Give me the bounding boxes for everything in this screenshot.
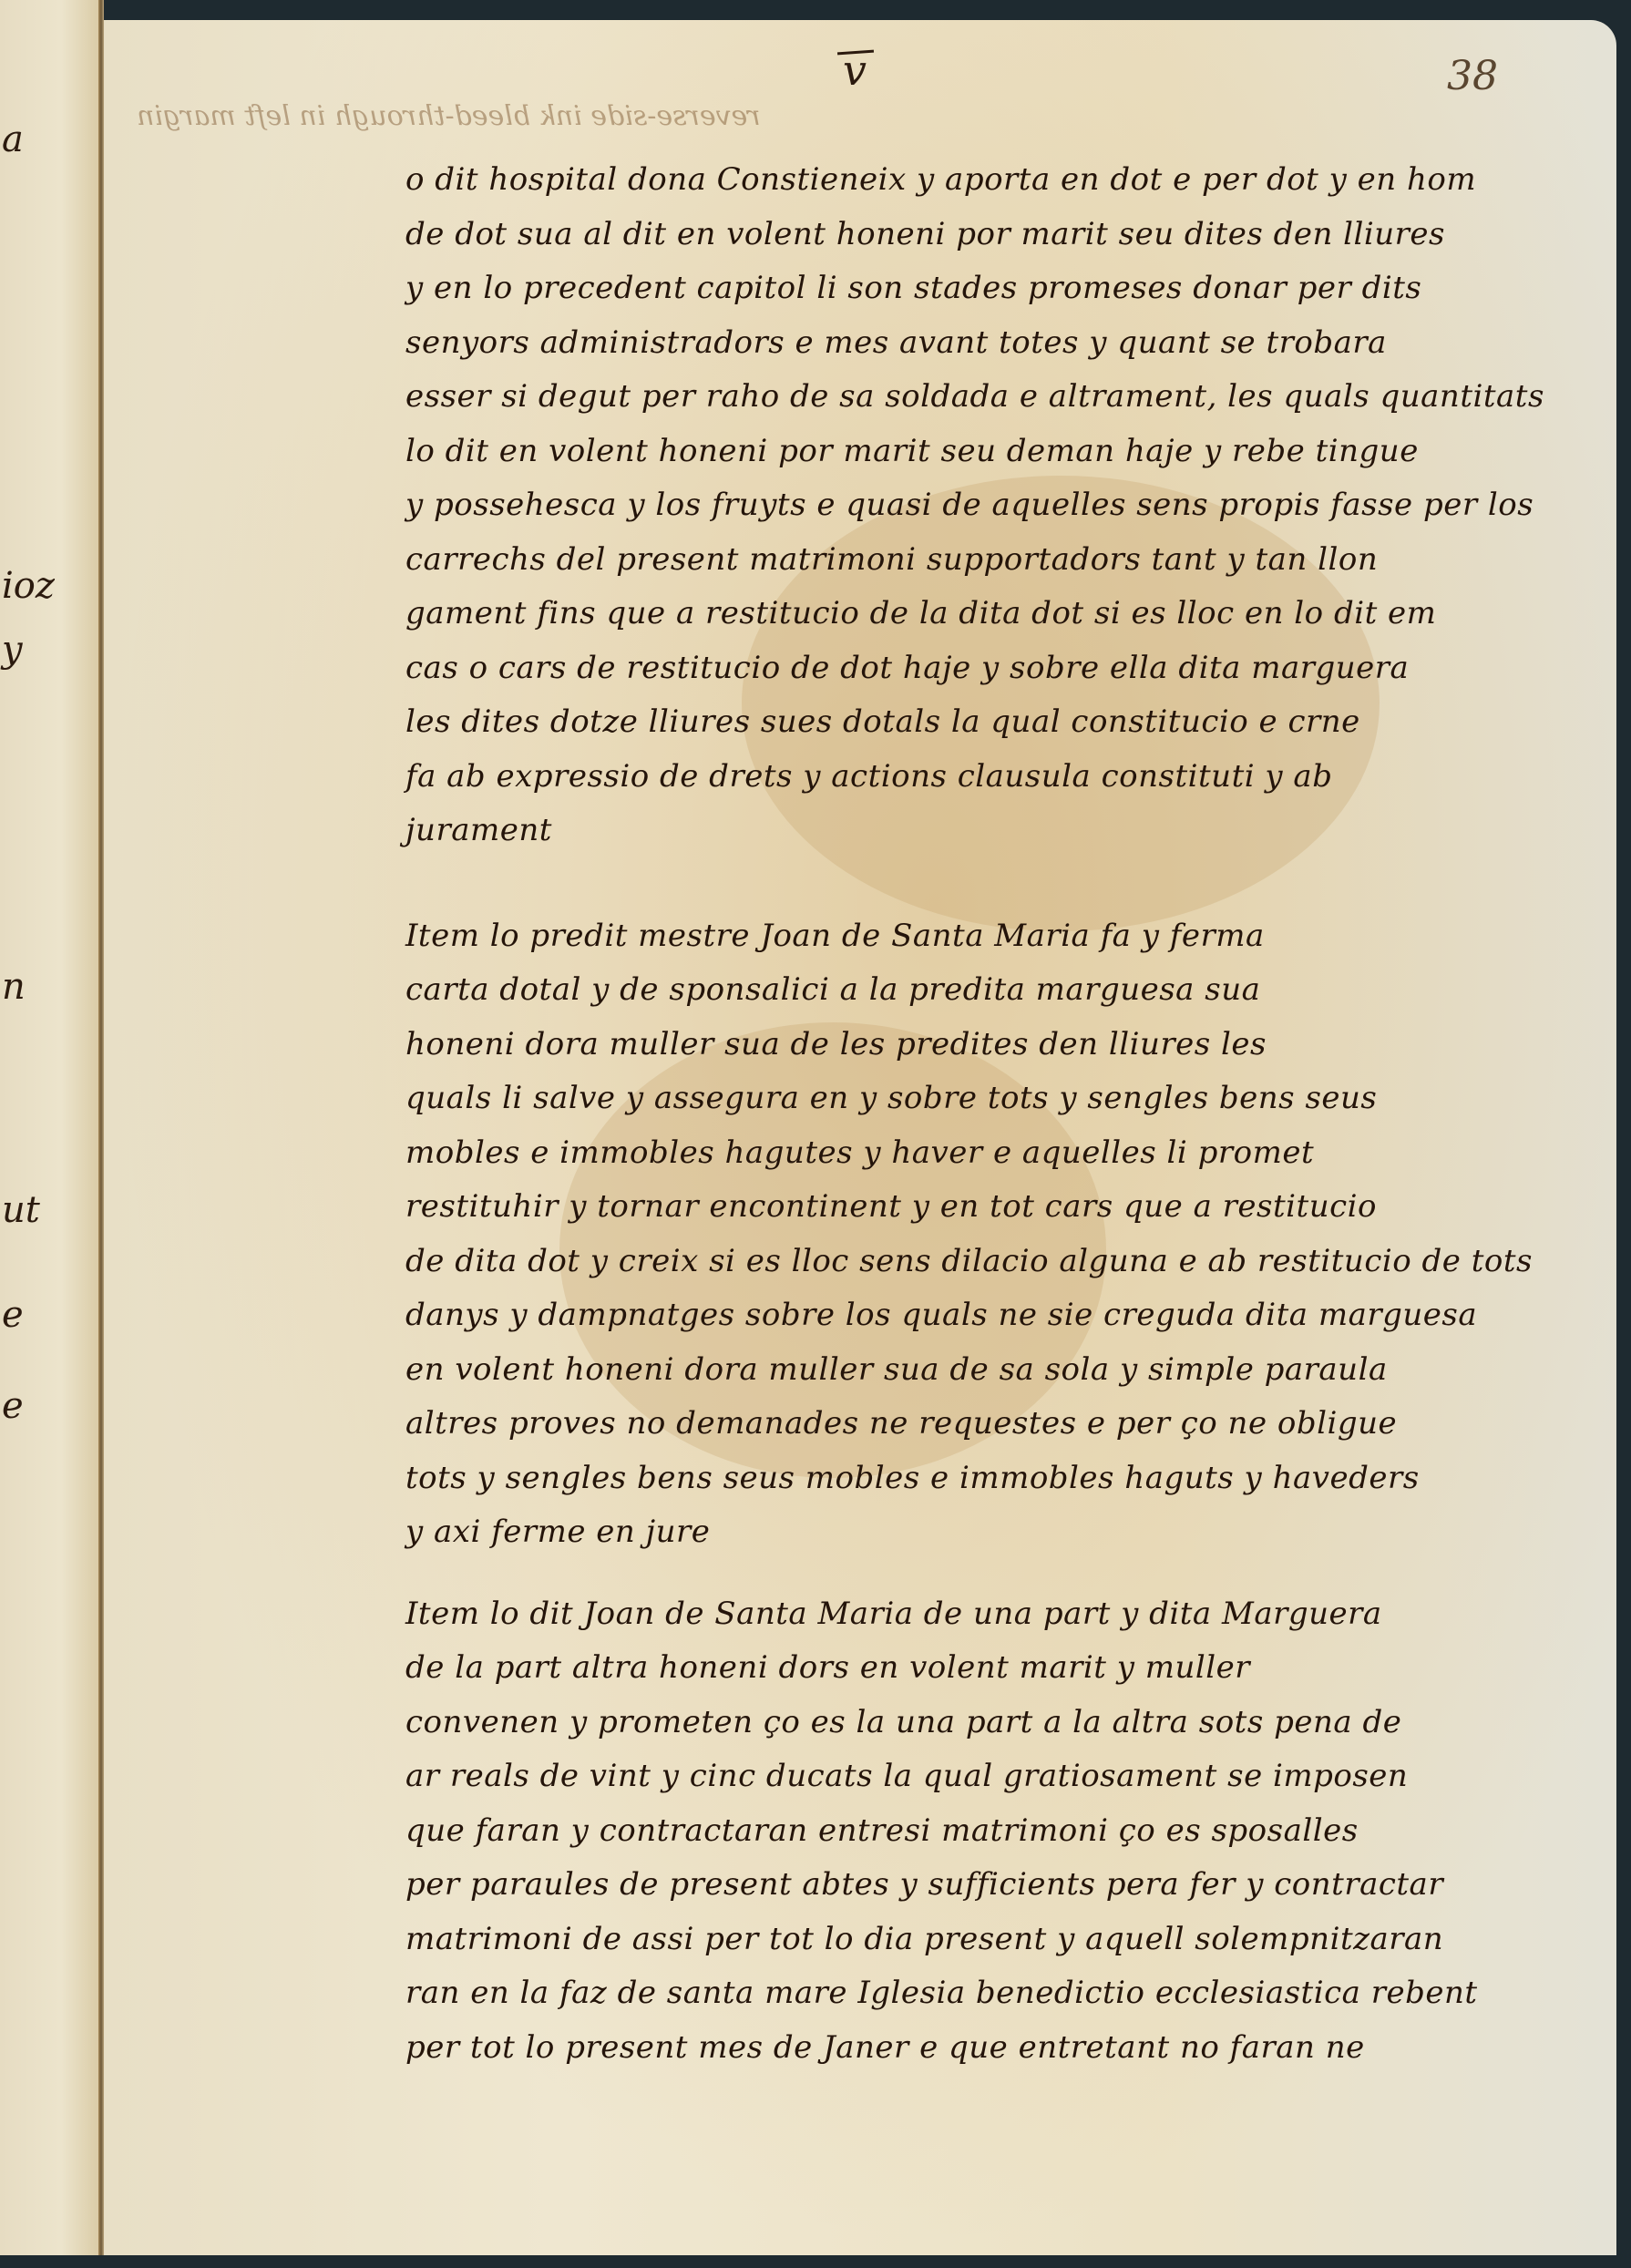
folio-number: 38 (1447, 53, 1498, 99)
bleed-through-text: reverse-side ink bleed-through in left m… (137, 100, 761, 132)
text-line: quals li salve y assegura en y sobre tot… (405, 1072, 1490, 1126)
facing-fragment: n (2, 966, 26, 1008)
folio-mark: v (843, 46, 867, 95)
paragraph-gap (405, 858, 1490, 909)
paragraph-3: Item lo dit Joan de Santa Maria de una p… (405, 1587, 1490, 2076)
facing-page-text-fragments: a ioz y n ut e e (0, 0, 98, 2255)
facing-fragment: e (2, 1294, 24, 1336)
paragraph-1: o dit hospital dona Constieneix y aporta… (405, 153, 1490, 858)
text-line: gament fins que a restitucio de la dita … (405, 587, 1490, 641)
text-line: y axi ferme en jure (405, 1505, 1490, 1560)
text-line: de la part altra honeni dors en volent m… (405, 1641, 1490, 1696)
text-line: danys y dampnatges sobre los quals ne si… (405, 1288, 1490, 1343)
text-line: ran en la faz de santa mare Iglesia bene… (405, 1966, 1490, 2021)
facing-fragment: e (2, 1385, 24, 1427)
text-line: honeni dora muller sua de les predites d… (405, 1018, 1490, 1072)
text-line: lo dit en volent honeni por marit seu de… (405, 425, 1490, 479)
facing-fragment: a (2, 118, 24, 160)
text-line: les dites dotze lliures sues dotals la q… (405, 695, 1490, 750)
text-line: altres proves no demanades ne requestes … (405, 1397, 1490, 1452)
text-line: de dita dot y creix si es lloc sens dila… (405, 1235, 1490, 1289)
text-line: que faran y contractaran entresi matrimo… (405, 1804, 1490, 1859)
text-line: carrechs del present matrimoni supportad… (405, 533, 1490, 588)
text-line: y possehesca y los fruyts e quasi de aqu… (405, 478, 1490, 533)
text-line: de dot sua al dit en volent honeni por m… (405, 208, 1490, 262)
text-line: mobles e immobles hagutes y haver e aque… (405, 1126, 1490, 1181)
paragraph-2: Item lo predit mestre Joan de Santa Mari… (405, 909, 1490, 1560)
text-line: fa ab expressio de drets y actions claus… (405, 750, 1490, 805)
text-line: Item lo dit Joan de Santa Maria de una p… (405, 1587, 1490, 1642)
paragraph-gap (405, 1560, 1490, 1587)
text-line: per tot lo present mes de Janer e que en… (405, 2021, 1490, 2076)
manuscript-text: o dit hospital dona Constieneix y aporta… (405, 153, 1490, 2075)
text-line: Item lo predit mestre Joan de Santa Mari… (405, 909, 1490, 964)
text-line: matrimoni de assi per tot lo dia present… (405, 1913, 1490, 1967)
text-line: ar reals de vint y cinc ducats la qual g… (405, 1750, 1490, 1804)
text-line: senyors administradors e mes avant totes… (405, 316, 1490, 371)
text-line: convenen y prometen ço es la una part a … (405, 1696, 1490, 1750)
text-line: en volent honeni dora muller sua de sa s… (405, 1343, 1490, 1398)
facing-fragment: ut (2, 1189, 40, 1231)
text-line: per paraules de present abtes y sufficie… (405, 1858, 1490, 1913)
text-line: esser si degut per raho de sa soldada e … (405, 370, 1490, 425)
text-line: carta dotal y de sponsalici a la predita… (405, 963, 1490, 1018)
facing-fragment: ioz (2, 565, 55, 607)
text-line: restituhir y tornar encontinent y en tot… (405, 1180, 1490, 1235)
text-line: jurament (405, 804, 1490, 858)
text-line: o dit hospital dona Constieneix y aporta… (405, 153, 1490, 208)
text-line: tots y sengles bens seus mobles e immobl… (405, 1452, 1490, 1506)
facing-fragment: y (2, 629, 23, 671)
text-line: cas o cars de restitucio de dot haje y s… (405, 641, 1490, 696)
text-line: y en lo precedent capitol li son stades … (405, 262, 1490, 316)
